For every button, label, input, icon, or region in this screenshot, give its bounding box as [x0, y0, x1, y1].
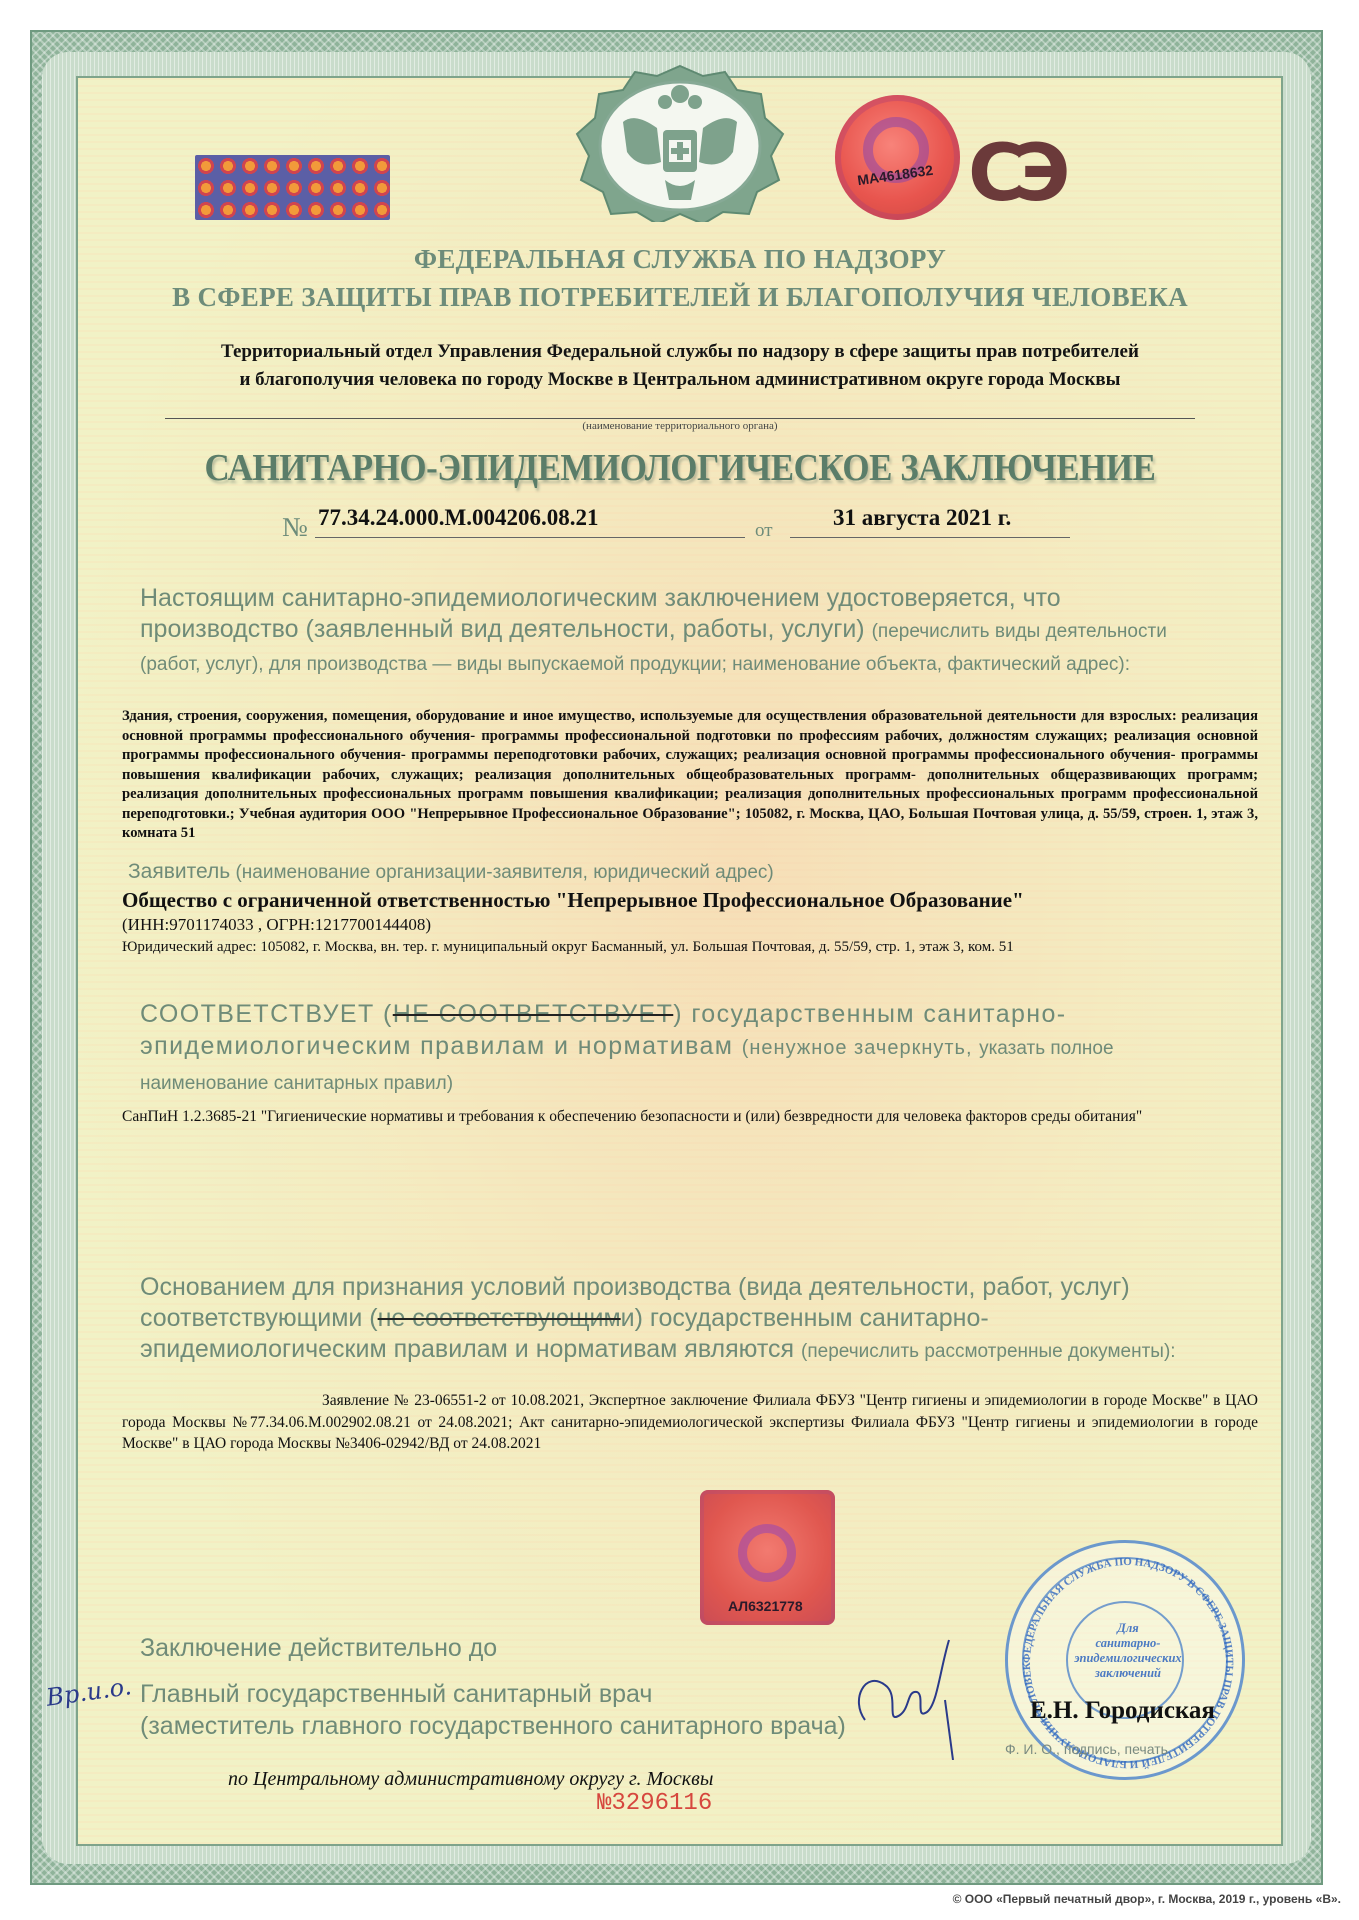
document-date: 31 августа 2021 г. [833, 505, 1011, 531]
serial-number: №3296116 [597, 1790, 712, 1817]
signer-caption: Ф. И. О., подпись, печать [1005, 1741, 1168, 1757]
intro-paragraph: Настоящим санитарно-эпидемиологическим з… [140, 583, 1225, 680]
se-logo-icon: СЭ [968, 135, 1059, 213]
coat-of-arms-emblem-icon [565, 62, 795, 222]
struck-text: НЕ СООТВЕТСТВУЕТ [393, 1000, 674, 1028]
sanitary-rules: СанПиН 1.2.3685-21 "Гигиенические нормат… [122, 1106, 1258, 1128]
hologram-sticker-bottom-icon: АЛ6321778 [700, 1490, 835, 1625]
number-underline [315, 537, 745, 538]
document-number: 77.34.24.000.М.004206.08.21 [318, 505, 598, 531]
document-title: САНИТАРНО-ЭПИДЕМИОЛОГИЧЕСКОЕ ЗАКЛЮЧЕНИЕ [146, 446, 1213, 490]
date-underline [790, 537, 1070, 538]
divider [165, 418, 1195, 419]
hologram-seal-top-icon: МА4618632 [835, 95, 960, 220]
chief-doctor-title: Главный государственный санитарный врач … [140, 1678, 846, 1742]
applicant-ids: (ИНН:9701174033 , ОГРН:1217700144408) [122, 915, 431, 935]
date-prefix: от [755, 520, 773, 542]
territorial-body: Территориальный отдел Управления Федерал… [110, 338, 1250, 394]
hologram-bottom-code: АЛ6321778 [728, 1598, 803, 1614]
activity-description: Здания, строения, сооружения, помещения,… [122, 707, 1258, 844]
signer-name: Е.Н. Городиская [1030, 1697, 1215, 1725]
valid-until-label: Заключение действительно до [140, 1634, 497, 1663]
reviewed-documents: Заявление № 23-06551-2 от 10.08.2021, Эк… [122, 1390, 1258, 1455]
district-line: по Центральному административному округу… [228, 1768, 713, 1791]
hologram-strip-icon [195, 155, 390, 220]
struck-text: не соответствующим [378, 1304, 621, 1332]
signature-icon [845, 1630, 965, 1760]
territorial-caption: (наименование территориального органа) [100, 420, 1260, 432]
stamp-center-text: Для санитарно- эпидемилогических заключе… [1070, 1621, 1186, 1681]
applicant-name: Общество с ограниченной ответственностью… [122, 888, 1024, 913]
conformity-statement: СООТВЕТСТВУЕТ (НЕ СООТВЕТСТВУЕТ) государ… [140, 998, 1225, 1100]
printer-imprint: © ООО «Первый печатный двор», г. Москва,… [953, 1892, 1341, 1906]
applicant-address: Юридический адрес: 105082, г. Москва, вн… [122, 939, 1014, 956]
applicant-label: Заявитель (наименование организации-заяв… [128, 860, 774, 884]
basis-paragraph: Основанием для признания условий произво… [140, 1272, 1225, 1367]
agency-heading: ФЕДЕРАЛЬНАЯ СЛУЖБА ПО НАДЗОРУ В СФЕРЕ ЗА… [100, 240, 1260, 316]
number-sign: № [282, 512, 308, 543]
